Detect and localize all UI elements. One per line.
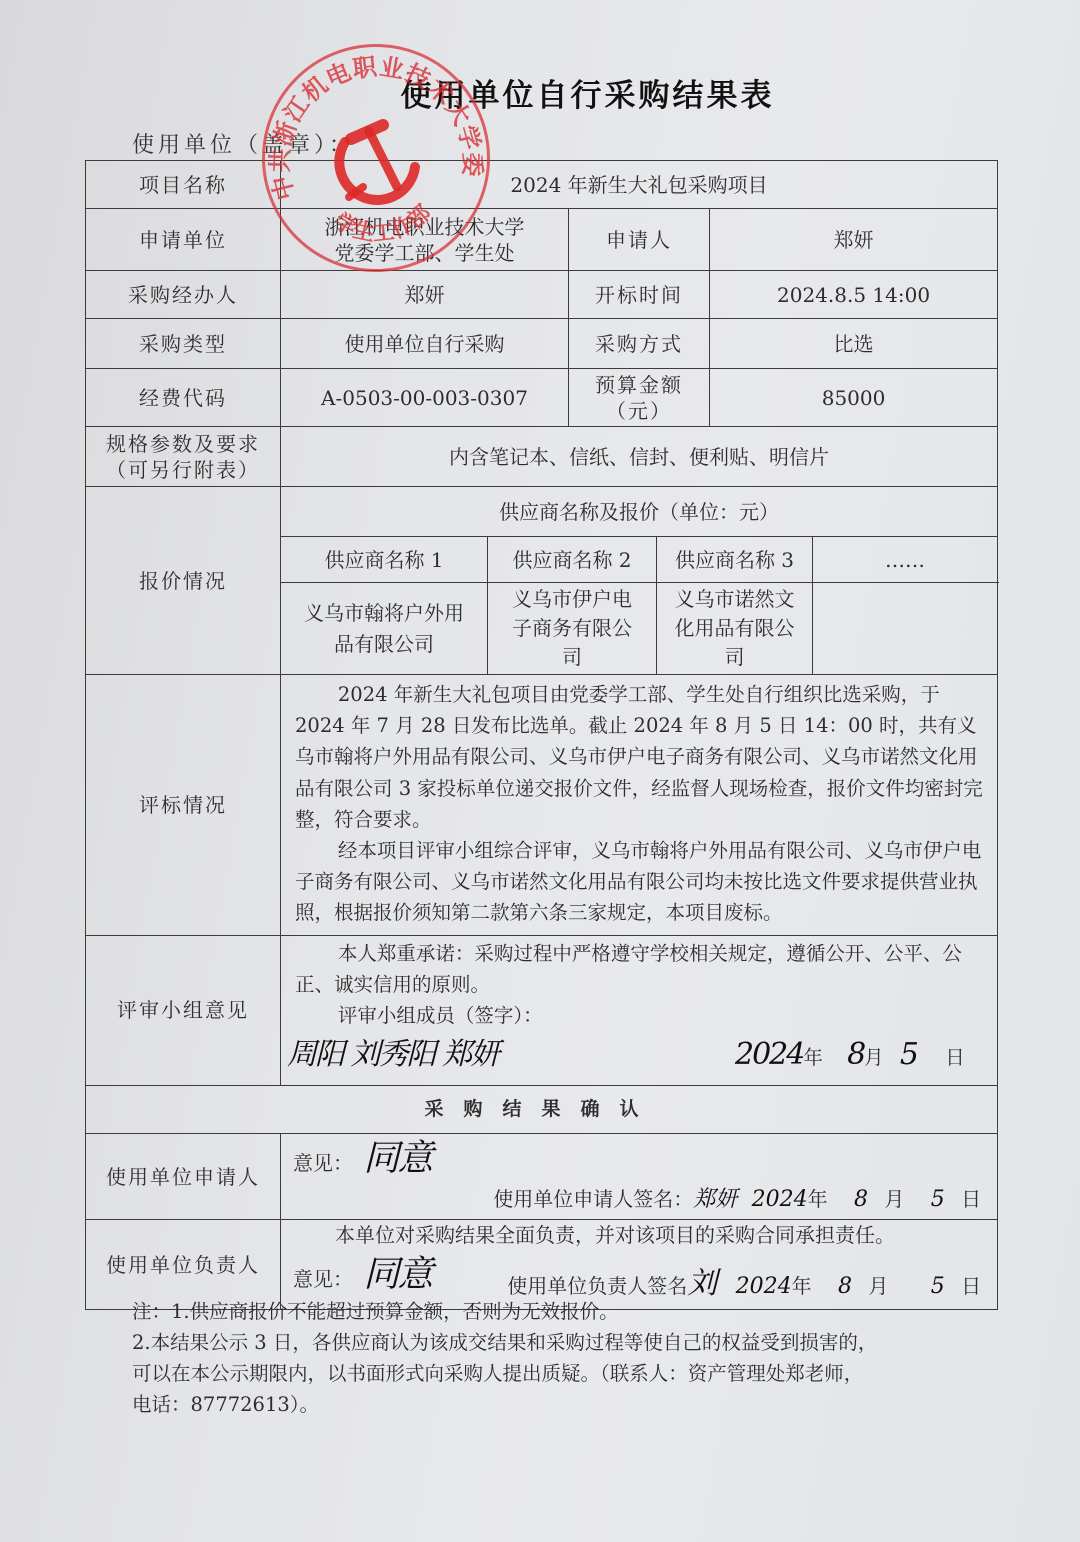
applicant-value: 郑妍 — [710, 209, 998, 271]
row-applicant-unit: 申请单位 浙江机电职业技术大学 党委学工部、学生处 申请人 郑妍 — [86, 209, 998, 271]
specs-label: 规格参数及要求 （可另行附表） — [86, 427, 281, 487]
procurement-type-value: 使用单位自行采购 — [281, 319, 569, 369]
row-handler: 采购经办人 郑妍 开标时间 2024.8.5 14:00 — [86, 271, 998, 319]
applicant-date-year: 2024 — [752, 1187, 808, 1212]
row-confirmation-header: 采购结果确认 — [86, 1086, 998, 1134]
applicant-opinion-label: 意见： — [293, 1151, 353, 1175]
supplier-3-line2: 化用品有限公 — [657, 614, 812, 643]
row-panel-opinion: 评审小组意见 本人郑重承诺：采购过程中严格遵守学校相关规定，遵循公开、公平、公正… — [86, 935, 998, 1086]
panel-opinion-label: 评审小组意见 — [86, 935, 281, 1086]
panel-day-char: 日 — [945, 1046, 965, 1069]
head-opinion-handwritten: 同意 — [363, 1254, 431, 1295]
handler-label: 采购经办人 — [86, 271, 281, 319]
supplier-2-name: 义乌市伊户电 子商务有限公 司 — [488, 583, 657, 675]
procurement-result-table: 项目名称 2024 年新生大礼包采购项目 申请单位 浙江机电职业技术大学 党委学… — [85, 160, 998, 1310]
supplier-1-line2: 品有限公司 — [281, 629, 487, 660]
row-quotes-header: 报价情况 供应商名称及报价（单位：元） — [86, 487, 998, 537]
row-applicant-confirm: 使用单位申请人 意见： 同意 使用单位申请人签名：郑妍 2024年 8 月 5 … — [86, 1134, 998, 1220]
panel-date-day: 5 — [900, 1037, 917, 1072]
project-name-label: 项目名称 — [86, 161, 281, 209]
panel-year-char: 年 — [803, 1046, 823, 1069]
project-name-value: 2024 年新生大礼包采购项目 — [281, 161, 998, 209]
evaluation-paragraph-1: 2024 年新生大礼包项目由党委学工部、学生处自行组织比选采购，于 2024 年… — [295, 679, 985, 835]
specs-label-line1: 规格参数及要求 — [86, 431, 280, 457]
row-procurement-type: 采购类型 使用单位自行采购 采购方式 比选 — [86, 319, 998, 369]
supplier-1-name: 义乌市翰将户外用 品有限公司 — [281, 583, 488, 675]
supplier-2-line3: 司 — [488, 643, 656, 672]
applicant-date-month: 8 — [854, 1187, 868, 1212]
applicant-opinion-handwritten: 同意 — [363, 1138, 431, 1179]
supplier-col-1: 供应商名称 1 — [281, 537, 488, 583]
evaluation-label: 评标情况 — [86, 675, 281, 936]
footnotes: 注：1.供应商报价不能超过预算金额，否则为无效报价。 2.本结果公示 3 日，各… — [132, 1296, 982, 1420]
panel-pledge-text: 本人郑重承诺：采购过程中严格遵守学校相关规定，遵循公开、公平、公正、诚实信用的原… — [295, 938, 985, 1000]
panel-signature-line: 周阳 刘秀阳 郑妍 2024年 8月 5 日 — [295, 1031, 985, 1079]
head-opinion-label: 意见： — [293, 1267, 353, 1291]
supplier-4-name — [813, 583, 998, 675]
applicant-date-day: 5 — [931, 1187, 945, 1212]
applicant-unit-value: 浙江机电职业技术大学 党委学工部、学生处 — [281, 209, 569, 271]
budget-value: 85000 — [710, 369, 998, 427]
unit-seal-label: 使用单位（盖章）： — [132, 128, 355, 159]
panel-sign-date: 2024年 8月 5 日 — [735, 1031, 965, 1079]
panel-members-label: 评审小组成员（签字）： — [295, 1000, 985, 1031]
row-evaluation: 评标情况 2024 年新生大礼包项目由党委学工部、学生处自行组织比选采购，于 2… — [86, 675, 998, 936]
confirmation-header: 采购结果确认 — [86, 1086, 998, 1134]
opening-time-label: 开标时间 — [569, 271, 710, 319]
applicant-confirm-label: 使用单位申请人 — [86, 1134, 281, 1220]
note-line-4: 电话：87772613）。 — [132, 1389, 982, 1420]
head-sign-label: 使用单位负责人签名 — [507, 1274, 687, 1298]
panel-month-char: 月 — [864, 1046, 884, 1069]
panel-date-year: 2024 — [735, 1037, 803, 1072]
applicant-label: 申请人 — [569, 209, 710, 271]
note-line-3: 可以在本公示期限内，以书面形式向采购人提出质疑。（联系人：资产管理处郑老师， — [132, 1358, 982, 1389]
applicant-sign-label: 使用单位申请人签名： — [493, 1187, 693, 1211]
applicant-year-char: 年 — [808, 1187, 828, 1211]
applicant-confirm-content: 意见： 同意 使用单位申请人签名：郑妍 2024年 8 月 5 日 — [281, 1134, 998, 1220]
head-statement: 本单位对采购结果全面负责，并对该项目的采购合同承担责任。 — [335, 1222, 895, 1248]
document-title: 使用单位自行采购结果表 — [0, 70, 1080, 115]
applicant-month-char: 月 — [884, 1187, 904, 1211]
supplier-2-line1: 义乌市伊户电 — [488, 585, 656, 614]
row-specs: 规格参数及要求 （可另行附表） 内含笔记本、信纸、信封、便利贴、明信片 — [86, 427, 998, 487]
head-month-char: 月 — [868, 1274, 888, 1298]
supplier-2-line2: 子商务有限公 — [488, 614, 656, 643]
opening-time-value: 2024.8.5 14:00 — [710, 271, 998, 319]
specs-label-line2: （可另行附表） — [86, 457, 280, 483]
applicant-signature: 郑妍 — [693, 1187, 737, 1212]
panel-date-month: 8 — [847, 1037, 864, 1072]
supplier-3-line1: 义乌市诺然文 — [657, 585, 812, 614]
procurement-method-label: 采购方式 — [569, 319, 710, 369]
procurement-method-value: 比选 — [710, 319, 998, 369]
supplier-col-3: 供应商名称 3 — [657, 537, 813, 583]
head-day-char: 日 — [961, 1274, 981, 1298]
evaluation-paragraph-2: 经本项目评审小组综合评审，义乌市翰将户外用品有限公司、义乌市伊户电子商务有限公司… — [295, 835, 985, 929]
quotes-label: 报价情况 — [86, 487, 281, 675]
fund-code-label: 经费代码 — [86, 369, 281, 427]
supplier-col-2: 供应商名称 2 — [488, 537, 657, 583]
applicant-unit-label: 申请单位 — [86, 209, 281, 271]
head-year-char: 年 — [792, 1274, 812, 1298]
panel-opinion-content: 本人郑重承诺：采购过程中严格遵守学校相关规定，遵循公开、公平、公正、诚实信用的原… — [281, 935, 998, 1086]
evaluation-content: 2024 年新生大礼包项目由党委学工部、学生处自行组织比选采购，于 2024 年… — [281, 675, 998, 936]
budget-label-line1: 预算金额 — [569, 372, 709, 398]
applicant-unit-line2: 党委学工部、学生处 — [281, 240, 568, 266]
handler-value: 郑妍 — [281, 271, 569, 319]
budget-label: 预算金额 （元） — [569, 369, 710, 427]
quotes-header: 供应商名称及报价（单位：元） — [281, 487, 998, 537]
panel-member-signatures: 周阳 刘秀阳 郑妍 — [287, 1031, 687, 1079]
fund-code-value: A-0503-00-003-0307 — [281, 369, 569, 427]
note-line-2: 2.本结果公示 3 日，各供应商认为该成交结果和采购过程等使自己的权益受到损害的… — [132, 1327, 982, 1358]
note-line-1: 注：1.供应商报价不能超过预算金额，否则为无效报价。 — [132, 1296, 982, 1327]
supplier-3-line3: 司 — [657, 643, 812, 672]
row-fund-code: 经费代码 A-0503-00-003-0307 预算金额 （元） 85000 — [86, 369, 998, 427]
supplier-1-line1: 义乌市翰将户外用 — [281, 598, 487, 629]
applicant-day-char: 日 — [961, 1187, 981, 1211]
applicant-unit-line1: 浙江机电职业技术大学 — [281, 214, 568, 240]
procurement-type-label: 采购类型 — [86, 319, 281, 369]
row-project-name: 项目名称 2024 年新生大礼包采购项目 — [86, 161, 998, 209]
specs-value: 内含笔记本、信纸、信封、便利贴、明信片 — [281, 427, 998, 487]
supplier-col-more: …… — [813, 537, 998, 583]
budget-label-line2: （元） — [569, 398, 709, 424]
supplier-3-name: 义乌市诺然文 化用品有限公 司 — [657, 583, 813, 675]
